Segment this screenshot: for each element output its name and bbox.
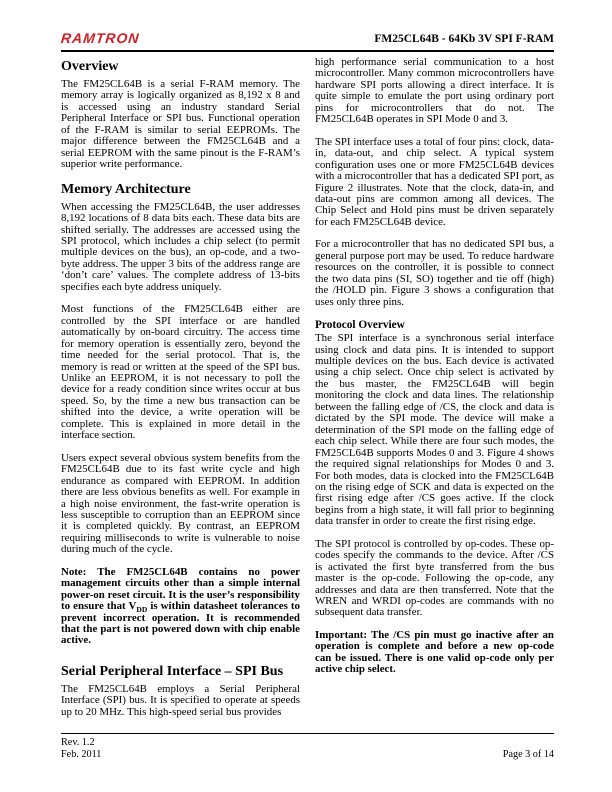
- page-footer: Rev. 1.2 Feb. 2011 Page 3 of 14: [61, 733, 554, 760]
- ramtron-logo: RAMTRON: [60, 31, 140, 45]
- left-column: Overview The FM25CL64B is a serial F-RAM…: [61, 57, 300, 718]
- right-column: high performance serial communication to…: [315, 57, 554, 718]
- paragraph-spi-intro: The FM25CL64B employs a Serial Periphera…: [61, 684, 300, 718]
- footer-revision-block: Rev. 1.2 Feb. 2011: [61, 737, 101, 760]
- datasheet-page: RAMTRON FM25CL64B - 64Kb 3V SPI F-RAM Ov…: [0, 0, 612, 792]
- page-header: RAMTRON FM25CL64B - 64Kb 3V SPI F-RAM: [61, 31, 554, 52]
- paragraph-serial-communication: high performance serial communication to…: [315, 57, 554, 126]
- paragraph-important: Important: The /CS pin must go inactive …: [315, 630, 554, 676]
- paragraph-note: Note: The FM25CL64B contains no power ma…: [61, 567, 300, 647]
- section-heading-spi-bus: Serial Peripheral Interface – SPI Bus: [61, 664, 300, 680]
- subheading-protocol-overview: Protocol Overview: [315, 319, 554, 331]
- section-heading-memory-architecture: Memory Architecture: [61, 182, 300, 198]
- paragraph-memory-1: When accessing the FM25CL64B, the user a…: [61, 202, 300, 294]
- paragraph-memory-2: Most functions of the FM25CL64B either a…: [61, 304, 300, 441]
- document-title: FM25CL64B - 64Kb 3V SPI F-RAM: [374, 34, 554, 46]
- section-heading-overview: Overview: [61, 59, 300, 75]
- paragraph-overview: The FM25CL64B is a serial F-RAM memory. …: [61, 79, 300, 171]
- paragraph-four-pins: The SPI interface uses a total of four p…: [315, 137, 554, 229]
- page-number: Page 3 of 14: [503, 749, 554, 761]
- two-column-body: Overview The FM25CL64B is a serial F-RAM…: [61, 57, 554, 718]
- paragraph-memory-3: Users expect several obvious system bene…: [61, 453, 300, 556]
- paragraph-three-pins: For a microcontroller that has no dedica…: [315, 239, 554, 308]
- paragraph-opcodes: The SPI protocol is controlled by op-cod…: [315, 539, 554, 619]
- revision-date: Feb. 2011: [61, 749, 101, 761]
- paragraph-protocol: The SPI interface is a synchronous seria…: [315, 333, 554, 528]
- revision-label: Rev. 1.2: [61, 737, 101, 749]
